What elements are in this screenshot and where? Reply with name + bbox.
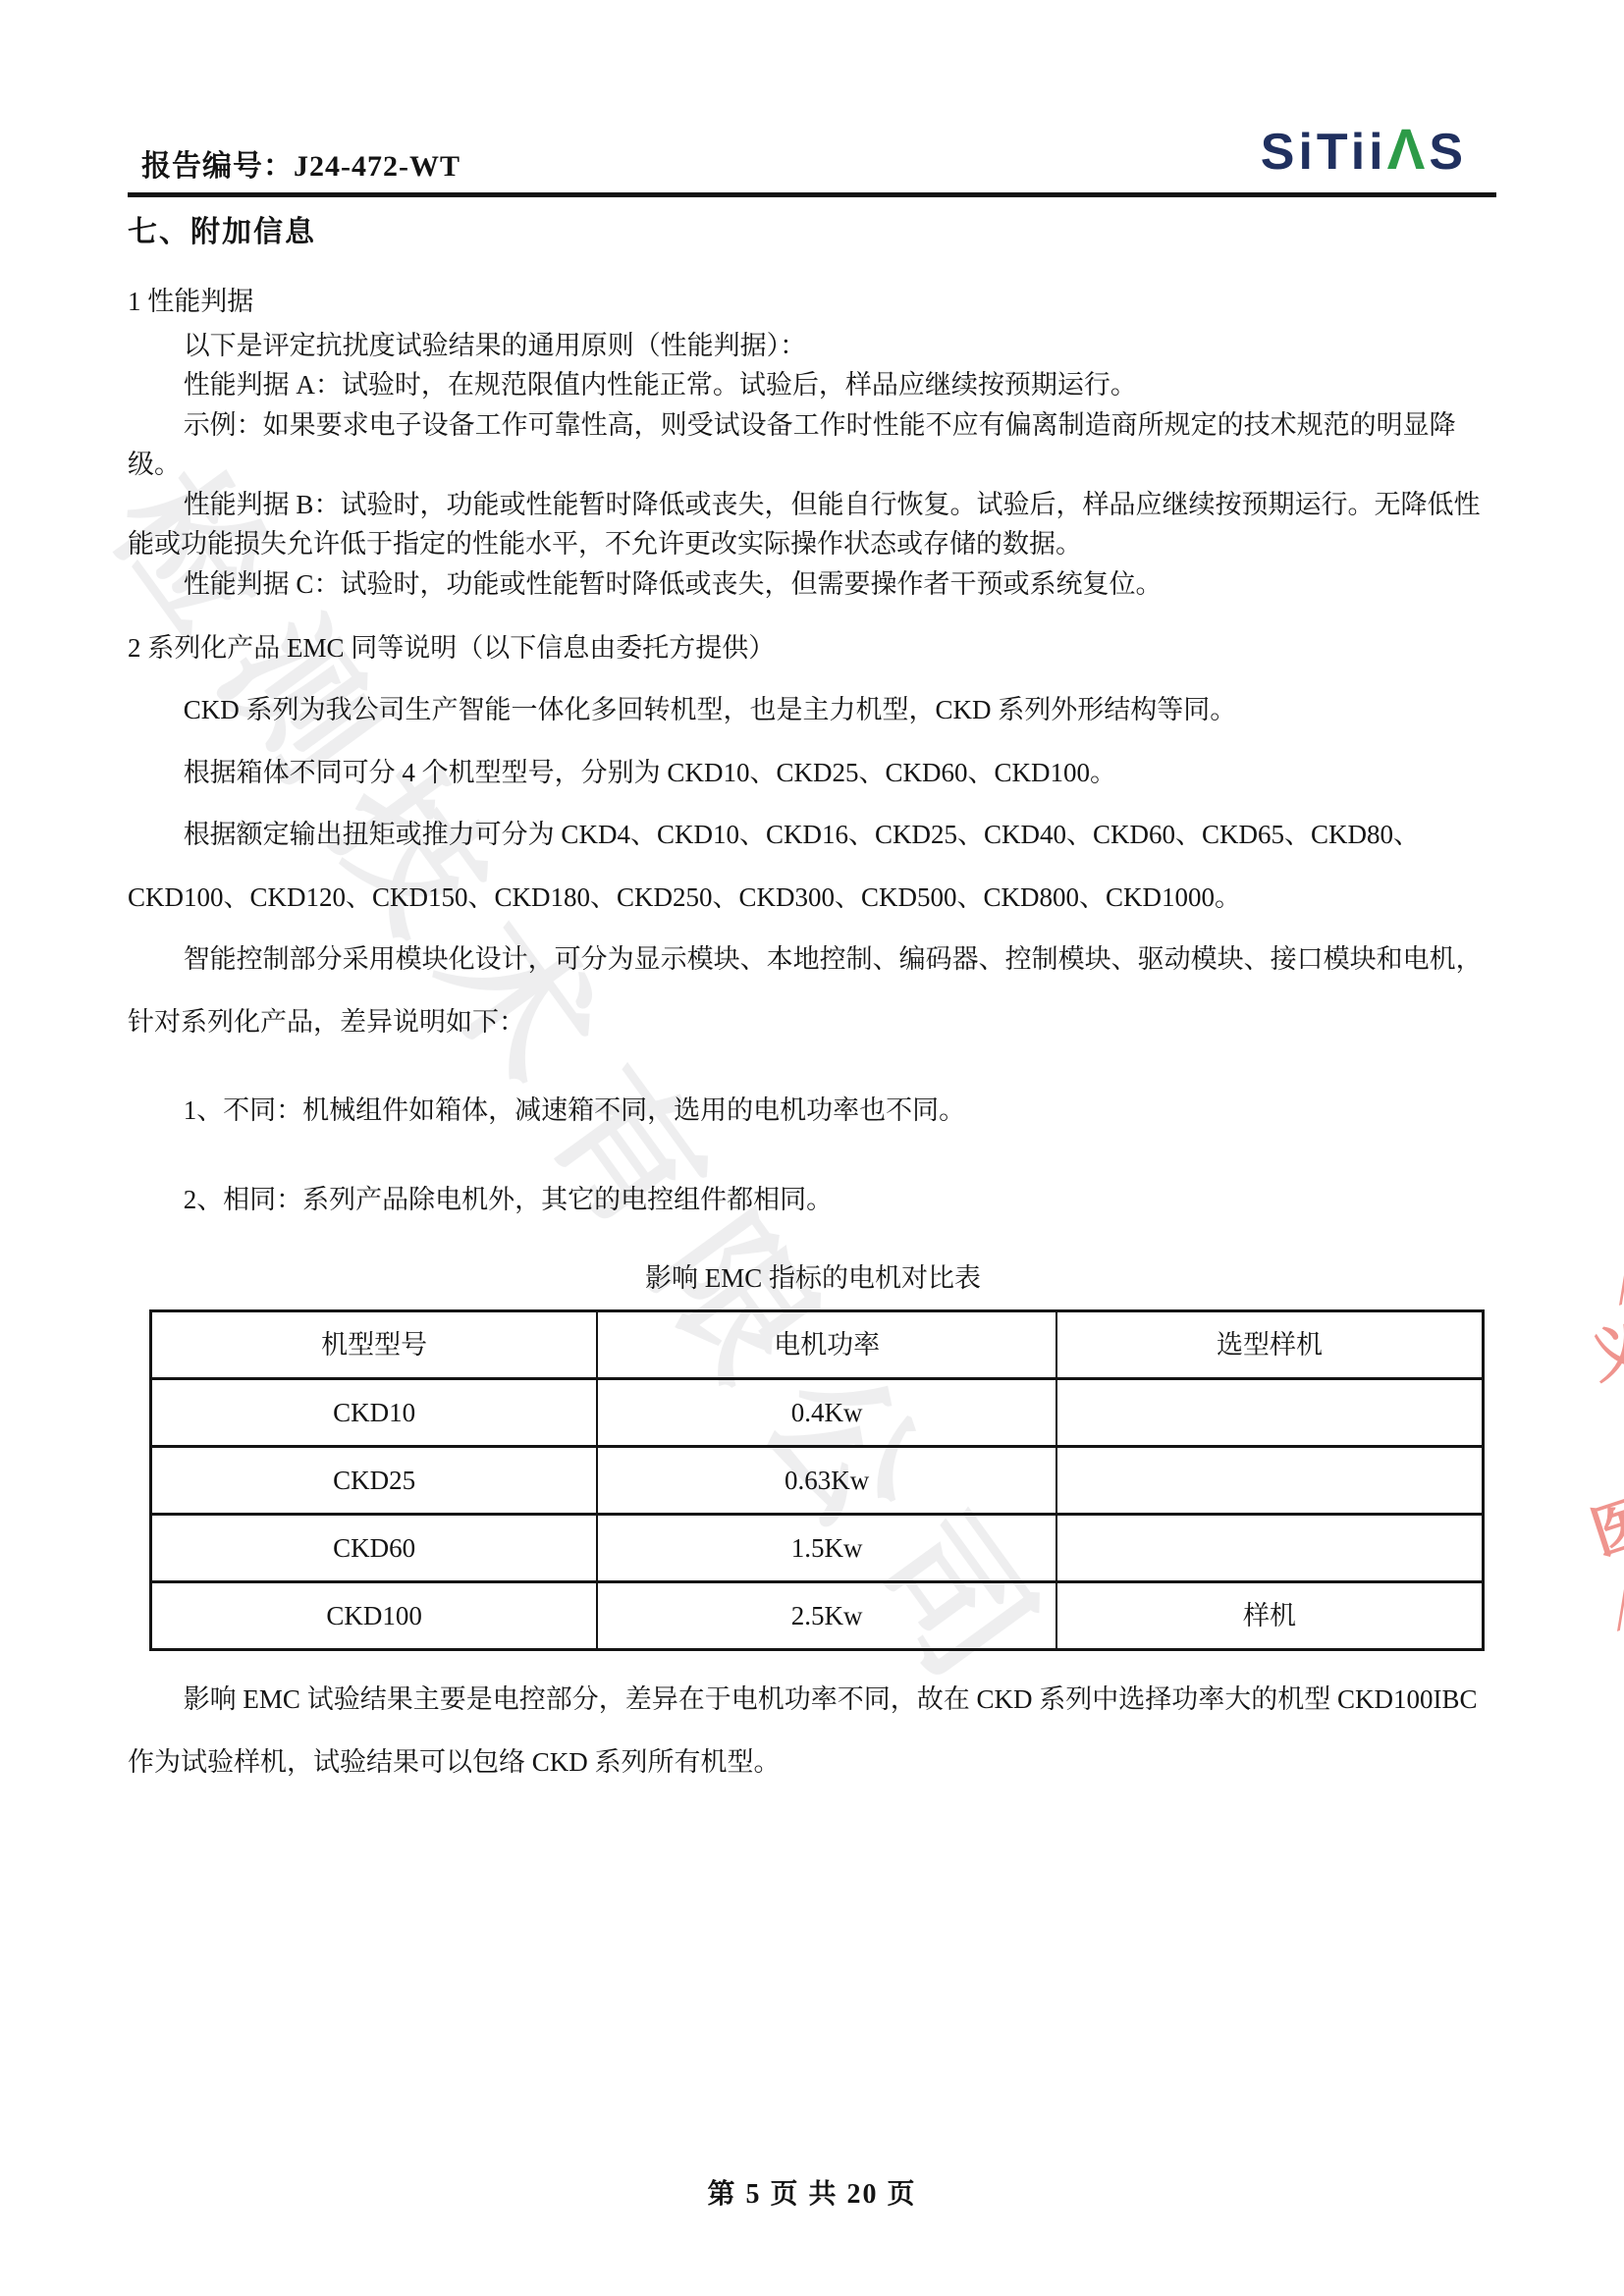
table-header-row: 机型型号 电机功率 选型样机	[151, 1311, 1484, 1379]
paragraph: 性能判据 A：试验时，在规范限值内性能正常。试验后，样品应继续按预期运行。	[128, 365, 1498, 405]
paragraph: 示例：如果要求电子设备工作可靠性高，则受试设备工作时性能不应有偏离制造商所规定的…	[128, 405, 1498, 485]
logo-text-navy: SiTii	[1261, 124, 1387, 181]
table-cell: CKD60	[151, 1515, 598, 1582]
closing-paragraph: 影响 EMC 试验结果主要是电控部分，差异在于电机功率不同，故在 CKD 系列中…	[128, 1669, 1498, 1793]
table-cell: 1.5Kw	[597, 1515, 1056, 1582]
section1-heading: 1 性能判据	[128, 282, 1498, 322]
header-divider	[128, 192, 1496, 197]
sitiias-logo: SiTiiΛS	[1261, 122, 1467, 179]
column-header: 机型型号	[151, 1311, 598, 1379]
column-header: 电机功率	[597, 1311, 1056, 1379]
page-footer: 第 5 页 共 20 页	[0, 2172, 1624, 2212]
logo-triangle-glyph: Λ	[1387, 118, 1430, 182]
stamp-fragment: 义	[1577, 1299, 1624, 1395]
table-row: CKD10 0.4Kw	[151, 1379, 1484, 1447]
table-cell	[1056, 1379, 1484, 1447]
section-title: 七、附加信息	[128, 210, 1498, 254]
table-caption: 影响 EMC 指标的电机对比表	[128, 1257, 1498, 1300]
stamp-fragment: ╱	[1606, 1588, 1624, 1631]
table-row: CKD25 0.63Kw	[151, 1447, 1484, 1515]
paragraph: 性能判据 B：试验时，功能或性能暂时降低或丧失，但能自行恢复。试验后，样品应继续…	[128, 485, 1498, 564]
paragraph: 以下是评定抗扰度试验结果的通用原则（性能判据）：	[128, 326, 1498, 366]
list-item: 2、相同：系列产品除电机外，其它的电控组件都相同。	[128, 1169, 1498, 1231]
emc-motor-comparison-table: 机型型号 电机功率 选型样机 CKD10 0.4Kw CKD25 0.63Kw	[149, 1309, 1485, 1651]
table-cell: 0.4Kw	[597, 1379, 1056, 1447]
document-content: 七、附加信息 1 性能判据 以下是评定抗扰度试验结果的通用原则（性能判据）： 性…	[128, 206, 1498, 1820]
document-page: 检测技术有限公司 报告编号：J24-472-WT SiTiiΛS 七、附加信息 …	[0, 0, 1624, 2296]
paragraph: 智能控制部分采用模块化设计，可分为显示模块、本地控制、编码器、控制模块、驱动模块…	[128, 929, 1498, 1053]
column-header: 选型样机	[1056, 1311, 1484, 1379]
table-cell: 0.63Kw	[597, 1447, 1056, 1515]
stamp-fragment: ╱	[1608, 1262, 1624, 1306]
table-cell	[1056, 1447, 1484, 1515]
logo-text-navy-end: S	[1429, 124, 1467, 181]
table-cell: 样机	[1056, 1582, 1484, 1650]
section2-heading: 2 系列化产品 EMC 同等说明（以下信息由委托方提供）	[128, 617, 1498, 679]
table-cell: CKD10	[151, 1379, 598, 1447]
page-header: 报告编号：J24-472-WT SiTiiΛS	[128, 94, 1496, 192]
paragraph: 根据箱体不同可分 4 个机型型号，分别为 CKD10、CKD25、CKD60、C…	[128, 742, 1498, 804]
table-row: CKD100 2.5Kw 样机	[151, 1582, 1484, 1650]
paragraph: 根据额定输出扭矩或推力可分为 CKD4、CKD10、CKD16、CKD25、CK…	[128, 804, 1498, 929]
stamp-fragment: 医	[1579, 1473, 1624, 1572]
table-row: CKD60 1.5Kw	[151, 1515, 1484, 1582]
list-item: 1、不同：机械组件如箱体，减速箱不同，选用的电机功率也不同。	[128, 1080, 1498, 1142]
paragraph: 性能判据 C：试验时，功能或性能暂时降低或丧失，但需要操作者干预或系统复位。	[128, 564, 1498, 605]
table-cell: CKD25	[151, 1447, 598, 1515]
report-number: 报告编号：J24-472-WT	[141, 141, 460, 185]
table-cell: 2.5Kw	[597, 1582, 1056, 1650]
paragraph: CKD 系列为我公司生产智能一体化多回转机型，也是主力机型，CKD 系列外形结构…	[128, 679, 1498, 741]
table-cell: CKD100	[151, 1582, 598, 1650]
table-cell	[1056, 1515, 1484, 1582]
